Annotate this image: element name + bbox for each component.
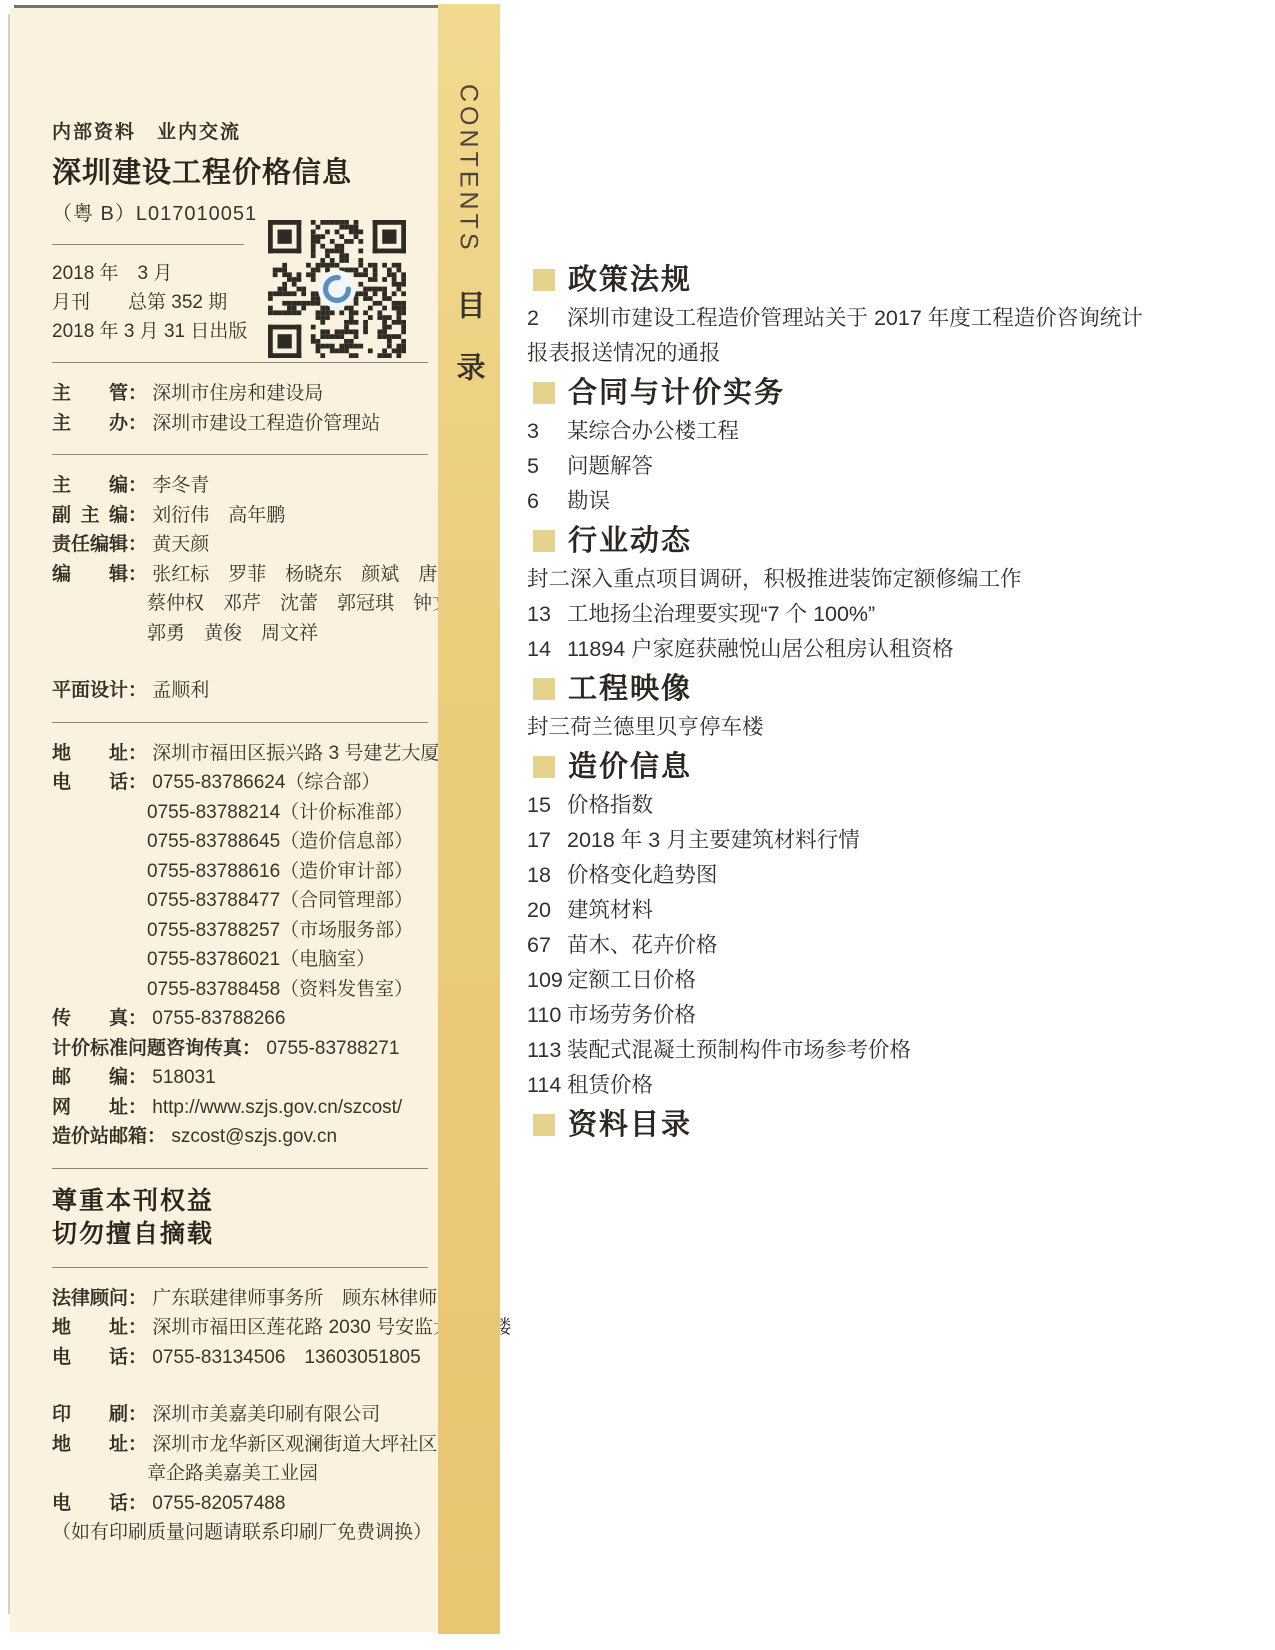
- toc-section-header: 工程映像: [527, 668, 1147, 710]
- toc-item: 20建筑材料: [527, 893, 1147, 928]
- masthead-label: 地址: [52, 1430, 128, 1460]
- masthead-value: http://www.szjs.gov.cn/szcost/: [152, 1097, 402, 1118]
- label-colon: ：: [128, 534, 147, 555]
- contents-label-cn-1: 目: [453, 290, 485, 319]
- toc-item: 封三荷兰德里贝亨停车楼: [527, 710, 1147, 745]
- masthead-line: 地址： 深圳市龙华新区观澜街道大坪社区: [52, 1430, 430, 1460]
- toc-item-title: 装配式混凝土预制构件市场参考价格: [567, 1038, 911, 1062]
- toc-item-page-number: 110: [527, 998, 567, 1033]
- label-colon: ：: [128, 743, 147, 764]
- masthead-value: 0755-82057488: [152, 1493, 285, 1514]
- masthead-value: 0755-83788257（市场服务部）: [147, 920, 413, 941]
- toc-item-page-number: 67: [527, 928, 567, 963]
- masthead-label: 电话: [52, 1343, 128, 1373]
- toc-item-title: 定额工日价格: [567, 968, 696, 992]
- masthead-value: 0755-83786624（综合部）: [152, 772, 380, 793]
- toc-item-title: 苗木、花卉价格: [567, 933, 718, 957]
- label-colon: ：: [128, 1404, 147, 1425]
- toc-section-title: 行业动态: [568, 524, 692, 558]
- toc-section-title: 资料目录: [568, 1108, 692, 1142]
- toc-item-page-number: 114: [527, 1068, 567, 1103]
- masthead-value: 0755-83788477（合同管理部）: [147, 890, 413, 911]
- masthead-line: 责任编辑： 黄天颜: [52, 530, 430, 560]
- section-bullet-icon: [533, 530, 555, 552]
- masthead-line: （如有印刷质量问题请联系印刷厂免费调换）: [52, 1518, 430, 1548]
- toc-item-title: 市场劳务价格: [567, 1003, 696, 1027]
- masthead-label: 造价站邮箱: [52, 1122, 147, 1152]
- masthead-block: 地址： 深圳市福田区振兴路 3 号建艺大厦 14 楼电话： 0755-83786…: [52, 739, 430, 1152]
- masthead-value: 0755-83788266: [152, 1008, 285, 1029]
- label-colon: ：: [128, 475, 147, 496]
- masthead-line: 主编： 李冬青: [52, 471, 430, 501]
- label-colon: ：: [128, 413, 147, 434]
- masthead-line: 郭勇 黄俊 周文祥: [52, 619, 430, 649]
- label-colon: ：: [128, 1347, 147, 1368]
- toc-item: 1411894 户家庭获融悦山居公租房认租资格: [527, 632, 1147, 667]
- masthead-line: 平面设计： 孟顺利: [52, 676, 430, 706]
- toc-item-title: 价格变化趋势图: [567, 863, 718, 887]
- masthead-label: 平面设计: [52, 676, 128, 706]
- toc-item-page-number: 20: [527, 893, 567, 928]
- masthead-blocks: 主管： 深圳市住房和建设局主办： 深圳市建设工程造价管理站主编： 李冬青副主编：…: [52, 362, 430, 1548]
- divider: [52, 362, 428, 363]
- masthead-line: 切勿擅自摘载: [52, 1218, 430, 1251]
- masthead-label: 责任编辑: [52, 530, 128, 560]
- toc-item-page-number: 2: [527, 301, 567, 336]
- toc-item-title: 建筑材料: [567, 898, 653, 922]
- masthead-line: 尊重本刊权益: [52, 1185, 430, 1218]
- toc-item: 18价格变化趋势图: [527, 858, 1147, 893]
- toc-item: 113装配式混凝土预制构件市场参考价格: [527, 1033, 1147, 1068]
- toc-item-title: 2018 年 3 月主要建筑材料行情: [567, 828, 860, 852]
- masthead-line: 0755-83786021（电脑室）: [52, 945, 430, 975]
- toc-section-header: 造价信息: [527, 746, 1147, 788]
- divider: [52, 722, 428, 723]
- toc-item-page-number: 113: [527, 1033, 567, 1068]
- toc-item-page-number: 封三: [527, 710, 570, 745]
- masthead-label: 电话: [52, 768, 128, 798]
- section-bullet-icon: [533, 382, 555, 404]
- masthead-value: 孟顺利: [152, 680, 209, 701]
- masthead-label: 主管: [52, 379, 128, 409]
- masthead-value: 深圳市住房和建设局: [152, 383, 323, 404]
- toc-item-page-number: 18: [527, 858, 567, 893]
- toc-item: 6勘误: [527, 484, 1147, 519]
- toc-item: 15价格指数: [527, 788, 1147, 823]
- toc-item: 110市场劳务价格: [527, 998, 1147, 1033]
- contents-label-cn-2: 录: [453, 352, 485, 381]
- section-bullet-icon: [533, 269, 555, 291]
- label-colon: ：: [128, 383, 147, 404]
- masthead-line: 邮编： 518031: [52, 1063, 430, 1093]
- masthead-label: 电话: [52, 1489, 128, 1519]
- toc-item-page-number: 14: [527, 632, 567, 667]
- masthead-value: 郭勇 黄俊 周文祥: [147, 623, 318, 644]
- label-colon: ：: [128, 1288, 147, 1309]
- masthead-block: 印刷： 深圳市美嘉美印刷有限公司地址： 深圳市龙华新区观澜街道大坪社区章企路美嘉…: [52, 1400, 430, 1548]
- toc-section-title: 工程映像: [568, 672, 692, 706]
- label-colon: ：: [128, 1067, 147, 1088]
- toc-item-title: 11894 户家庭获融悦山居公租房认租资格: [567, 637, 954, 661]
- masthead-value: 0755-83788458（资料发售室）: [147, 979, 413, 1000]
- masthead-line: 地址： 深圳市福田区振兴路 3 号建艺大厦 14 楼: [52, 739, 430, 769]
- masthead-label: 邮编: [52, 1063, 128, 1093]
- divider: [52, 1267, 428, 1268]
- toc-section-title: 造价信息: [568, 750, 692, 784]
- toc-item-title: 工地扬尘治理要实现“7 个 100%”: [567, 602, 875, 626]
- masthead-value: 李冬青: [152, 475, 209, 496]
- toc-item-title: 价格指数: [567, 793, 653, 817]
- masthead-value: （如有印刷质量问题请联系印刷厂免费调换）: [52, 1522, 432, 1543]
- masthead-label: 印刷: [52, 1400, 128, 1430]
- toc-section-header: 政策法规: [527, 259, 1147, 301]
- masthead-value: 蔡仲权 邓芹 沈蕾 郭冠琪 钟文龙: [147, 593, 470, 614]
- toc-item-page-number: 15: [527, 788, 567, 823]
- divider: [52, 1168, 428, 1169]
- toc-item: 109定额工日价格: [527, 963, 1147, 998]
- masthead-label: 副主编: [52, 501, 128, 531]
- label-colon: ：: [128, 564, 147, 585]
- toc-item: 3某综合办公楼工程: [527, 414, 1147, 449]
- masthead-line: 0755-83788257（市场服务部）: [52, 916, 430, 946]
- label-colon: ：: [128, 1434, 147, 1455]
- masthead-line: 主管： 深圳市住房和建设局: [52, 379, 430, 409]
- masthead-label: 法律顾问: [52, 1284, 128, 1314]
- masthead-block: 主编： 李冬青副主编： 刘衍伟 高年鹏责任编辑： 黄天颜编辑： 张红标 罗菲 杨…: [52, 471, 430, 648]
- masthead-value: 0755-83788271: [266, 1038, 399, 1059]
- toc-section-title: 政策法规: [568, 263, 692, 297]
- toc-item: 114租赁价格: [527, 1068, 1147, 1103]
- masthead-line: 法律顾问： 广东联建律师事务所 顾东林律师: [52, 1284, 430, 1314]
- toc-item-page-number: 17: [527, 823, 567, 858]
- masthead-block: 尊重本刊权益切勿擅自摘载: [52, 1185, 430, 1251]
- masthead-block: 法律顾问： 广东联建律师事务所 顾东林律师地址： 深圳市福田区莲花路 2030 …: [52, 1284, 430, 1373]
- masthead-value: 切勿擅自摘载: [52, 1220, 214, 1248]
- masthead-value: 0755-83788214（计价标准部）: [147, 802, 413, 823]
- toc-section-header: 合同与计价实务: [527, 372, 1147, 414]
- masthead-label: 计价标准问题咨询传真: [52, 1034, 242, 1064]
- masthead-value: 深圳市美嘉美印刷有限公司: [152, 1404, 380, 1425]
- masthead-line: 编辑： 张红标 罗菲 杨晓东 颜斌 唐敏: [52, 560, 430, 590]
- label-colon: ：: [128, 1493, 147, 1514]
- toc-item-title: 深入重点项目调研，积极推进装饰定额修编工作: [570, 567, 1022, 591]
- toc-item-page-number: 109: [527, 963, 567, 998]
- cover-tagline: 内部资料 业内交流: [52, 120, 430, 146]
- label-colon: ：: [128, 1097, 147, 1118]
- toc-item: 2深圳市建设工程造价管理站关于 2017 年度工程造价咨询统计报表报送情况的通报: [527, 301, 1147, 371]
- masthead-line: 副主编： 刘衍伟 高年鹏: [52, 501, 430, 531]
- section-bullet-icon: [533, 678, 555, 700]
- masthead-line: 电话： 0755-82057488: [52, 1489, 430, 1519]
- masthead-label: 主办: [52, 409, 128, 439]
- masthead-line: 地址： 深圳市福田区莲花路 2030 号安监大厦 4 楼: [52, 1313, 430, 1343]
- masthead-line: 网址： http://www.szjs.gov.cn/szcost/: [52, 1093, 430, 1123]
- toc-item-title: 荷兰德里贝亨停车楼: [570, 715, 764, 739]
- masthead-line: 造价站邮箱： szcost@szjs.gov.cn: [52, 1122, 430, 1152]
- masthead-label: 地址: [52, 739, 128, 769]
- masthead-value: 0755-83788616（造价审计部）: [147, 861, 413, 882]
- toc-item-page-number: 封二: [527, 562, 570, 597]
- toc-item-page-number: 3: [527, 414, 567, 449]
- toc-item: 172018 年 3 月主要建筑材料行情: [527, 823, 1147, 858]
- label-colon: ：: [242, 1038, 261, 1059]
- toc-item-page-number: 6: [527, 484, 567, 519]
- masthead-label: 地址: [52, 1313, 128, 1343]
- toc-item-page-number: 13: [527, 597, 567, 632]
- masthead-line: 主办： 深圳市建设工程造价管理站: [52, 409, 430, 439]
- toc-section-header: 资料目录: [527, 1104, 1147, 1146]
- masthead-value: 0755-83786021（电脑室）: [147, 949, 375, 970]
- toc-item-title: 深圳市建设工程造价管理站关于 2017 年度工程造价咨询统计报表报送情况的通报: [527, 306, 1143, 365]
- masthead-line: 电话： 0755-83134506 13603051805: [52, 1343, 430, 1373]
- divider: [52, 244, 244, 245]
- section-bullet-icon: [533, 756, 555, 778]
- masthead-value: 刘衍伟 高年鹏: [152, 505, 285, 526]
- toc-item: 封二深入重点项目调研，积极推进装饰定额修编工作: [527, 562, 1147, 597]
- label-colon: ：: [128, 505, 147, 526]
- masthead-line: 计价标准问题咨询传真： 0755-83788271: [52, 1034, 430, 1064]
- toc-item-title: 某综合办公楼工程: [567, 419, 739, 443]
- toc-item: 13工地扬尘治理要实现“7 个 100%”: [527, 597, 1147, 632]
- masthead-label: 主编: [52, 471, 128, 501]
- contents-spine: CONTENTS 目 录: [438, 84, 500, 381]
- masthead-value: 深圳市建设工程造价管理站: [152, 413, 380, 434]
- masthead-line: 0755-83788214（计价标准部）: [52, 798, 430, 828]
- masthead-value: 章企路美嘉美工业园: [147, 1463, 318, 1484]
- toc-section-header: 行业动态: [527, 520, 1147, 562]
- label-colon: ：: [128, 1008, 147, 1029]
- masthead-value: 黄天颜: [152, 534, 209, 555]
- masthead-line: 传真： 0755-83788266: [52, 1004, 430, 1034]
- masthead-label: 传真: [52, 1004, 128, 1034]
- contents-spine-band: CONTENTS 目 录: [438, 4, 500, 1634]
- masthead-line: 0755-83788477（合同管理部）: [52, 886, 430, 916]
- divider: [52, 454, 428, 455]
- masthead-line: 蔡仲权 邓芹 沈蕾 郭冠琪 钟文龙: [52, 589, 430, 619]
- table-of-contents: 政策法规2深圳市建设工程造价管理站关于 2017 年度工程造价咨询统计报表报送情…: [527, 258, 1147, 1146]
- masthead-value: 尊重本刊权益: [52, 1187, 214, 1215]
- masthead-value: 广东联建律师事务所 顾东林律师: [152, 1288, 437, 1309]
- section-bullet-icon: [533, 1114, 555, 1136]
- qr-code: [268, 220, 406, 358]
- toc-item: 5问题解答: [527, 449, 1147, 484]
- masthead-value: 518031: [152, 1067, 215, 1088]
- masthead-line: 0755-83788616（造价审计部）: [52, 857, 430, 887]
- contents-label-en: CONTENTS: [455, 84, 483, 254]
- label-colon: ：: [147, 1126, 166, 1147]
- masthead-value: 0755-83788645（造价信息部）: [147, 831, 413, 852]
- masthead-line: 章企路美嘉美工业园: [52, 1459, 430, 1489]
- masthead-line: 0755-83788645（造价信息部）: [52, 827, 430, 857]
- masthead-block: 平面设计： 孟顺利: [52, 676, 430, 706]
- masthead-line: 电话： 0755-83786624（综合部）: [52, 768, 430, 798]
- masthead-value: szcost@szjs.gov.cn: [171, 1126, 337, 1147]
- masthead-line: 0755-83788458（资料发售室）: [52, 975, 430, 1005]
- masthead-block: 主管： 深圳市住房和建设局主办： 深圳市建设工程造价管理站: [52, 379, 430, 438]
- masthead-label: 编辑: [52, 560, 128, 590]
- toc-item-page-number: 5: [527, 449, 567, 484]
- masthead-line: 印刷： 深圳市美嘉美印刷有限公司: [52, 1400, 430, 1430]
- toc-item-title: 问题解答: [567, 454, 653, 478]
- label-colon: ：: [128, 772, 147, 793]
- toc-item-title: 勘误: [567, 489, 610, 513]
- toc-item: 67苗木、花卉价格: [527, 928, 1147, 963]
- toc-section-title: 合同与计价实务: [568, 376, 785, 410]
- masthead-value: 0755-83134506 13603051805: [152, 1347, 420, 1368]
- toc-item-title: 租赁价格: [567, 1073, 653, 1097]
- masthead-value: 张红标 罗菲 杨晓东 颜斌 唐敏: [152, 564, 456, 585]
- masthead-label: 网址: [52, 1093, 128, 1123]
- masthead-value: 深圳市龙华新区观澜街道大坪社区: [152, 1434, 437, 1455]
- label-colon: ：: [128, 680, 147, 701]
- page-title: 深圳建设工程价格信息: [52, 154, 430, 192]
- label-colon: ：: [128, 1317, 147, 1338]
